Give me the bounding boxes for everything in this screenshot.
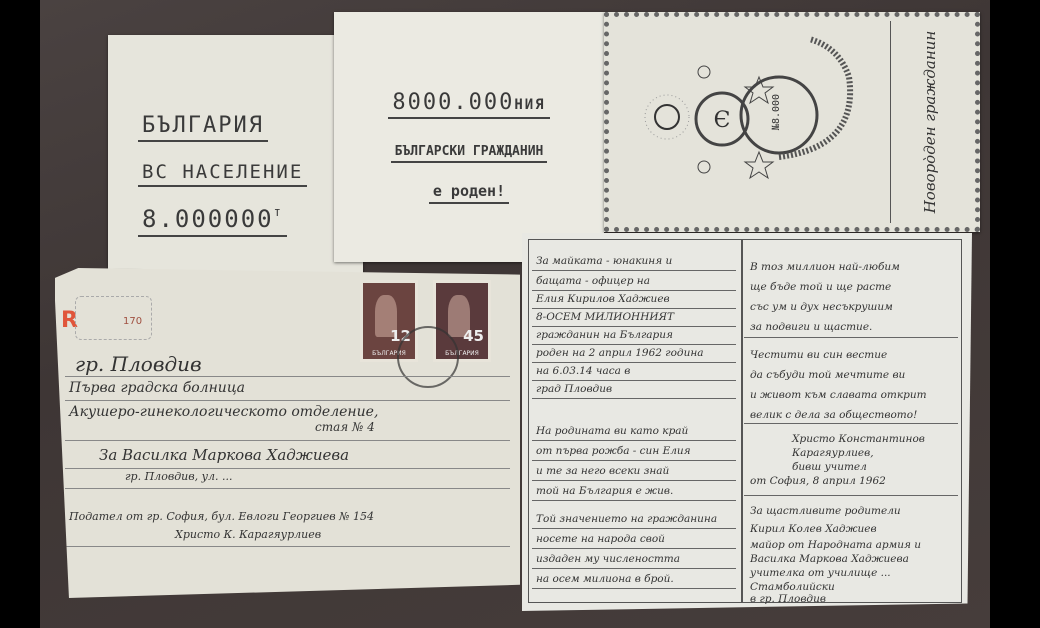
letter-section-divider (744, 337, 958, 338)
letter-right-line: от София, 8 април 1962 (750, 475, 886, 487)
emblem-drawing: Є №8.000 (609, 17, 899, 227)
sender-address: Подател от гр. София, бул. Евлоги Георги… (69, 510, 374, 523)
letter-left-line: 8-ОСЕМ МИЛИОННИЯТ (536, 311, 674, 323)
svg-text:№8.000: №8.000 (771, 94, 782, 130)
letter-left-line: и те за него всеки знай (536, 465, 669, 477)
letter-right-line: велик с дела за обществото! (750, 409, 917, 421)
letter-right-line: За щастливите родители (750, 505, 901, 517)
letter-left-line: носете на народа свой (536, 533, 665, 545)
letter-rule (532, 308, 736, 309)
letter-rule (532, 440, 736, 441)
citizen-line-3-text: е роден! (429, 182, 509, 204)
letter-right-line: бивш учител (792, 461, 867, 473)
card-emblem: Є №8.000 Новоро̀ден гражданин (604, 12, 980, 232)
card-citizen-line-3: е роден! (334, 182, 604, 204)
svg-text:Є: Є (714, 108, 731, 133)
letter-left-line: на 6.03.14 часа в (536, 365, 630, 377)
letter-right-line: Кирил Колев Хаджиев (750, 523, 877, 535)
postmark-circle (397, 326, 459, 388)
letter-right-line: Честити ви син вестие (750, 349, 887, 361)
letter-rule (532, 528, 736, 529)
sender-name: Христо К. Карагяурлиев (175, 528, 321, 541)
letter-left-line: гражданин на България (536, 329, 673, 341)
letter-left-line: На родината ви като край (536, 425, 688, 437)
card-citizen-born: 8000.000НИЯ БЪЛГАРСКИ ГРАЖДАНИН е роден! (334, 12, 604, 262)
address-department: Акушеро-гинекологическото отделение, (69, 404, 378, 420)
letter-left-line: той на България е жив. (536, 485, 673, 497)
citizen-line-2-text: БЪЛГАРСКИ ГРАЖДАНИН (391, 144, 548, 163)
card-line-2: ВС НАСЕЛЕНИЕ (138, 161, 307, 187)
citizen-number: 8000.000 (392, 90, 514, 115)
letter-left-line: бащата - офицер на (536, 275, 650, 287)
letter-right-line: да събуди той мечтите ви (750, 369, 905, 381)
address-street: гр. Пловдив, ул. ... (125, 470, 233, 483)
frame-edge (990, 0, 1040, 628)
letter-right-line: в гр. Пловдив (750, 593, 826, 605)
letter-rule (532, 500, 736, 501)
letter-rule (532, 568, 736, 569)
letter-rule (532, 326, 736, 327)
letter-rule (532, 290, 736, 291)
letter-rule (532, 380, 736, 381)
letter-right-line: ще бъде той и ще расте (750, 281, 891, 293)
population-number: 8.000000 (142, 205, 274, 233)
letter-left-line: издаден му числеността (536, 553, 680, 565)
letter-right-line: със ум и дух несъкрушим (750, 301, 893, 313)
card-citizen-line-2: БЪЛГАРСКИ ГРАЖДАНИН (334, 144, 604, 163)
letter-left-line: Елия Кирилов Хаджиев (536, 293, 670, 305)
address-city: гр. Пловдив (75, 352, 202, 376)
address-room: стая № 4 (315, 420, 375, 434)
letter-left-line: За майката - юнакиня и (536, 255, 672, 267)
letter-right-line: Василка Маркова Хаджиева (750, 553, 909, 565)
card-line-1: БЪЛГАРИЯ (138, 113, 268, 142)
address-recipient: За Василка Маркова Хаджиева (99, 446, 349, 464)
letter-left-line: Той значението на гражданина (536, 513, 717, 525)
population-suffix: т (274, 205, 283, 219)
letter-rule (532, 362, 736, 363)
letter-left-line: на осем милиона в брой. (536, 573, 674, 585)
letter-left-line: роден на 2 април 1962 година (536, 347, 704, 359)
letter-right-line: учителка от училище ... (750, 567, 891, 579)
registered-envelope: R 170 12 БЪЛГАРИЯ 45 БЪЛГАРИЯ гр. Пловди… (55, 268, 520, 598)
card-emblem-side-panel: Новоро̀ден гражданин (890, 21, 969, 223)
letter-rule (532, 588, 736, 589)
card-citizen-line-1: 8000.000НИЯ (334, 90, 604, 119)
letter-left-line: от първа рожба - син Елия (536, 445, 691, 457)
card-emblem-side-text: Новоро̀ден гражданин (921, 31, 939, 214)
letter-section-divider (744, 495, 958, 496)
letter-rule (532, 548, 736, 549)
letter-rule (532, 270, 736, 271)
registration-label (75, 296, 152, 340)
letter-right-line: Карагяурлиев, (792, 447, 874, 459)
stamp-value: 45 (463, 327, 484, 345)
letter-right-line: за подвиги и щастие. (750, 321, 872, 333)
letter-right-line: и живот към славата открит (750, 389, 927, 401)
handwritten-certificate: За майката - юнакиня ибащата - офицер на… (522, 233, 972, 611)
card-bulgaria-population: БЪЛГАРИЯ ВС НАСЕЛЕНИЕ 8.000000т (108, 35, 363, 275)
letter-rule (532, 460, 736, 461)
letter-section-divider (744, 423, 958, 424)
letter-left-line: град Пловдив (536, 383, 612, 395)
letter-right-line: Христо Константинов (792, 433, 925, 445)
card-line-3: 8.000000т (138, 205, 287, 237)
letter-rule (532, 480, 736, 481)
letter-rule (532, 344, 736, 345)
citizen-suffix: НИЯ (514, 97, 545, 113)
letter-right-line: Стамболийски (750, 581, 835, 593)
letter-right-line: В тоз миллион най-любим (750, 261, 900, 273)
letter-rule (532, 398, 736, 399)
letter-right-line: майор от Народната армия и (750, 539, 921, 551)
address-hospital: Първа градска болница (69, 380, 245, 396)
